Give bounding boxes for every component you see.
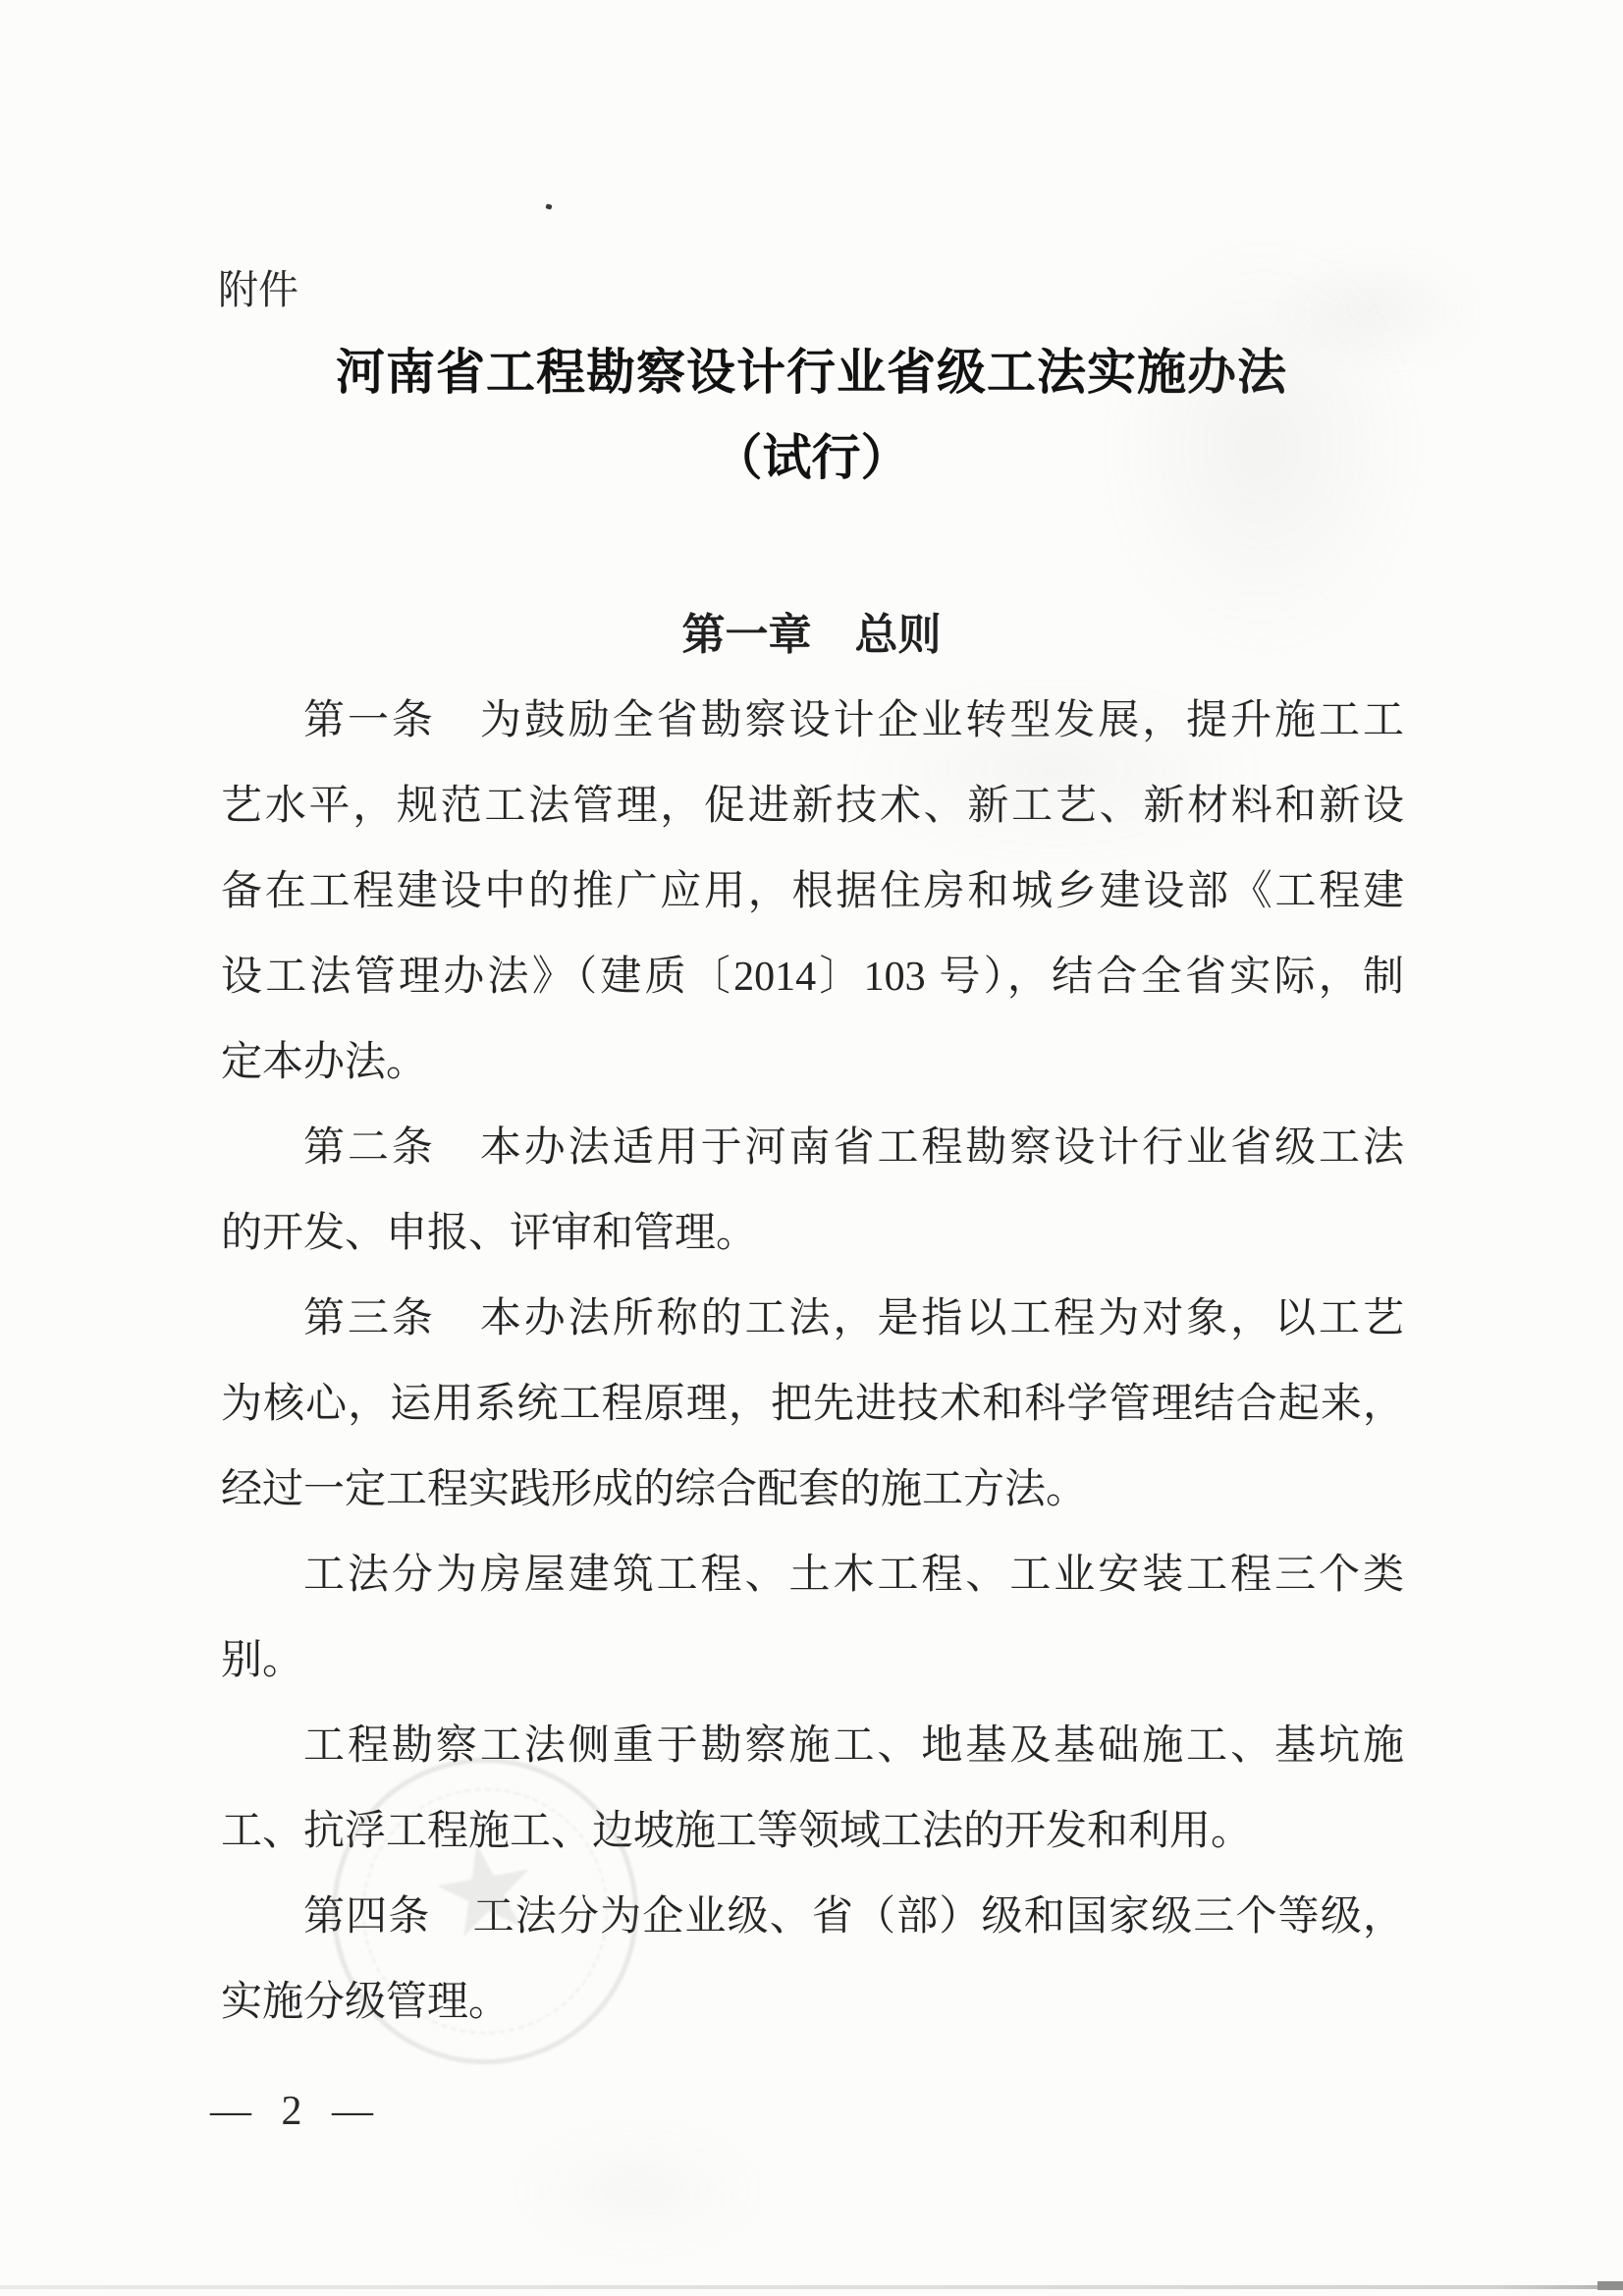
page-number: — 2 —	[210, 2088, 383, 2135]
body-line: 定本办法。	[221, 1020, 1404, 1106]
body-line: 为核心，运用系统工程原理，把先进技术和科学管理结合起来，	[221, 1362, 1404, 1448]
chapter-heading: 第一章 总则	[0, 611, 1623, 660]
body-line: 的开发、申报、评审和管理。	[221, 1191, 1404, 1277]
seal-bleedthrough: ★	[332, 1758, 638, 2064]
body-line: 别。	[221, 1618, 1404, 1704]
body-line: 设工法管理办法》（建质〔2014〕103 号），结合全省实际，制	[221, 935, 1404, 1020]
body-line: 第一条 为鼓励全省勘察设计企业转型发展，提升施工工	[221, 679, 1404, 764]
body-line: 经过一定工程实践形成的综合配套的施工方法。	[221, 1448, 1404, 1533]
document-title-line2: （试行）	[0, 429, 1623, 486]
document-page: 附件 河南省工程勘察设计行业省级工法实施办法 （试行） 第一章 总则 第一条 为…	[0, 0, 1623, 2296]
body-line: 第二条 本办法适用于河南省工程勘察设计行业省级工法	[221, 1106, 1404, 1191]
document-title-line1: 河南省工程勘察设计行业省级工法实施办法	[0, 344, 1623, 401]
body-line: 备在工程建设中的推广应用，根据住房和城乡建设部《工程建	[221, 849, 1404, 935]
scan-edge-bottom	[0, 2285, 1623, 2289]
attachment-label: 附件	[218, 267, 298, 312]
body-line: 工程勘察工法侧重于勘察施工、地基及基础施工、基坑施	[221, 1704, 1404, 1789]
body-line: 第三条 本办法所称的工法，是指以工程为对象，以工艺	[221, 1277, 1404, 1362]
body-line: 艺水平，规范工法管理，促进新技术、新工艺、新材料和新设	[221, 764, 1404, 849]
body-line: 工法分为房屋建筑工程、土木工程、工业安装工程三个类	[221, 1533, 1404, 1618]
scan-edge-corner	[1597, 2281, 1623, 2290]
ink-speck	[545, 203, 552, 209]
scan-smudge	[511, 2121, 766, 2259]
